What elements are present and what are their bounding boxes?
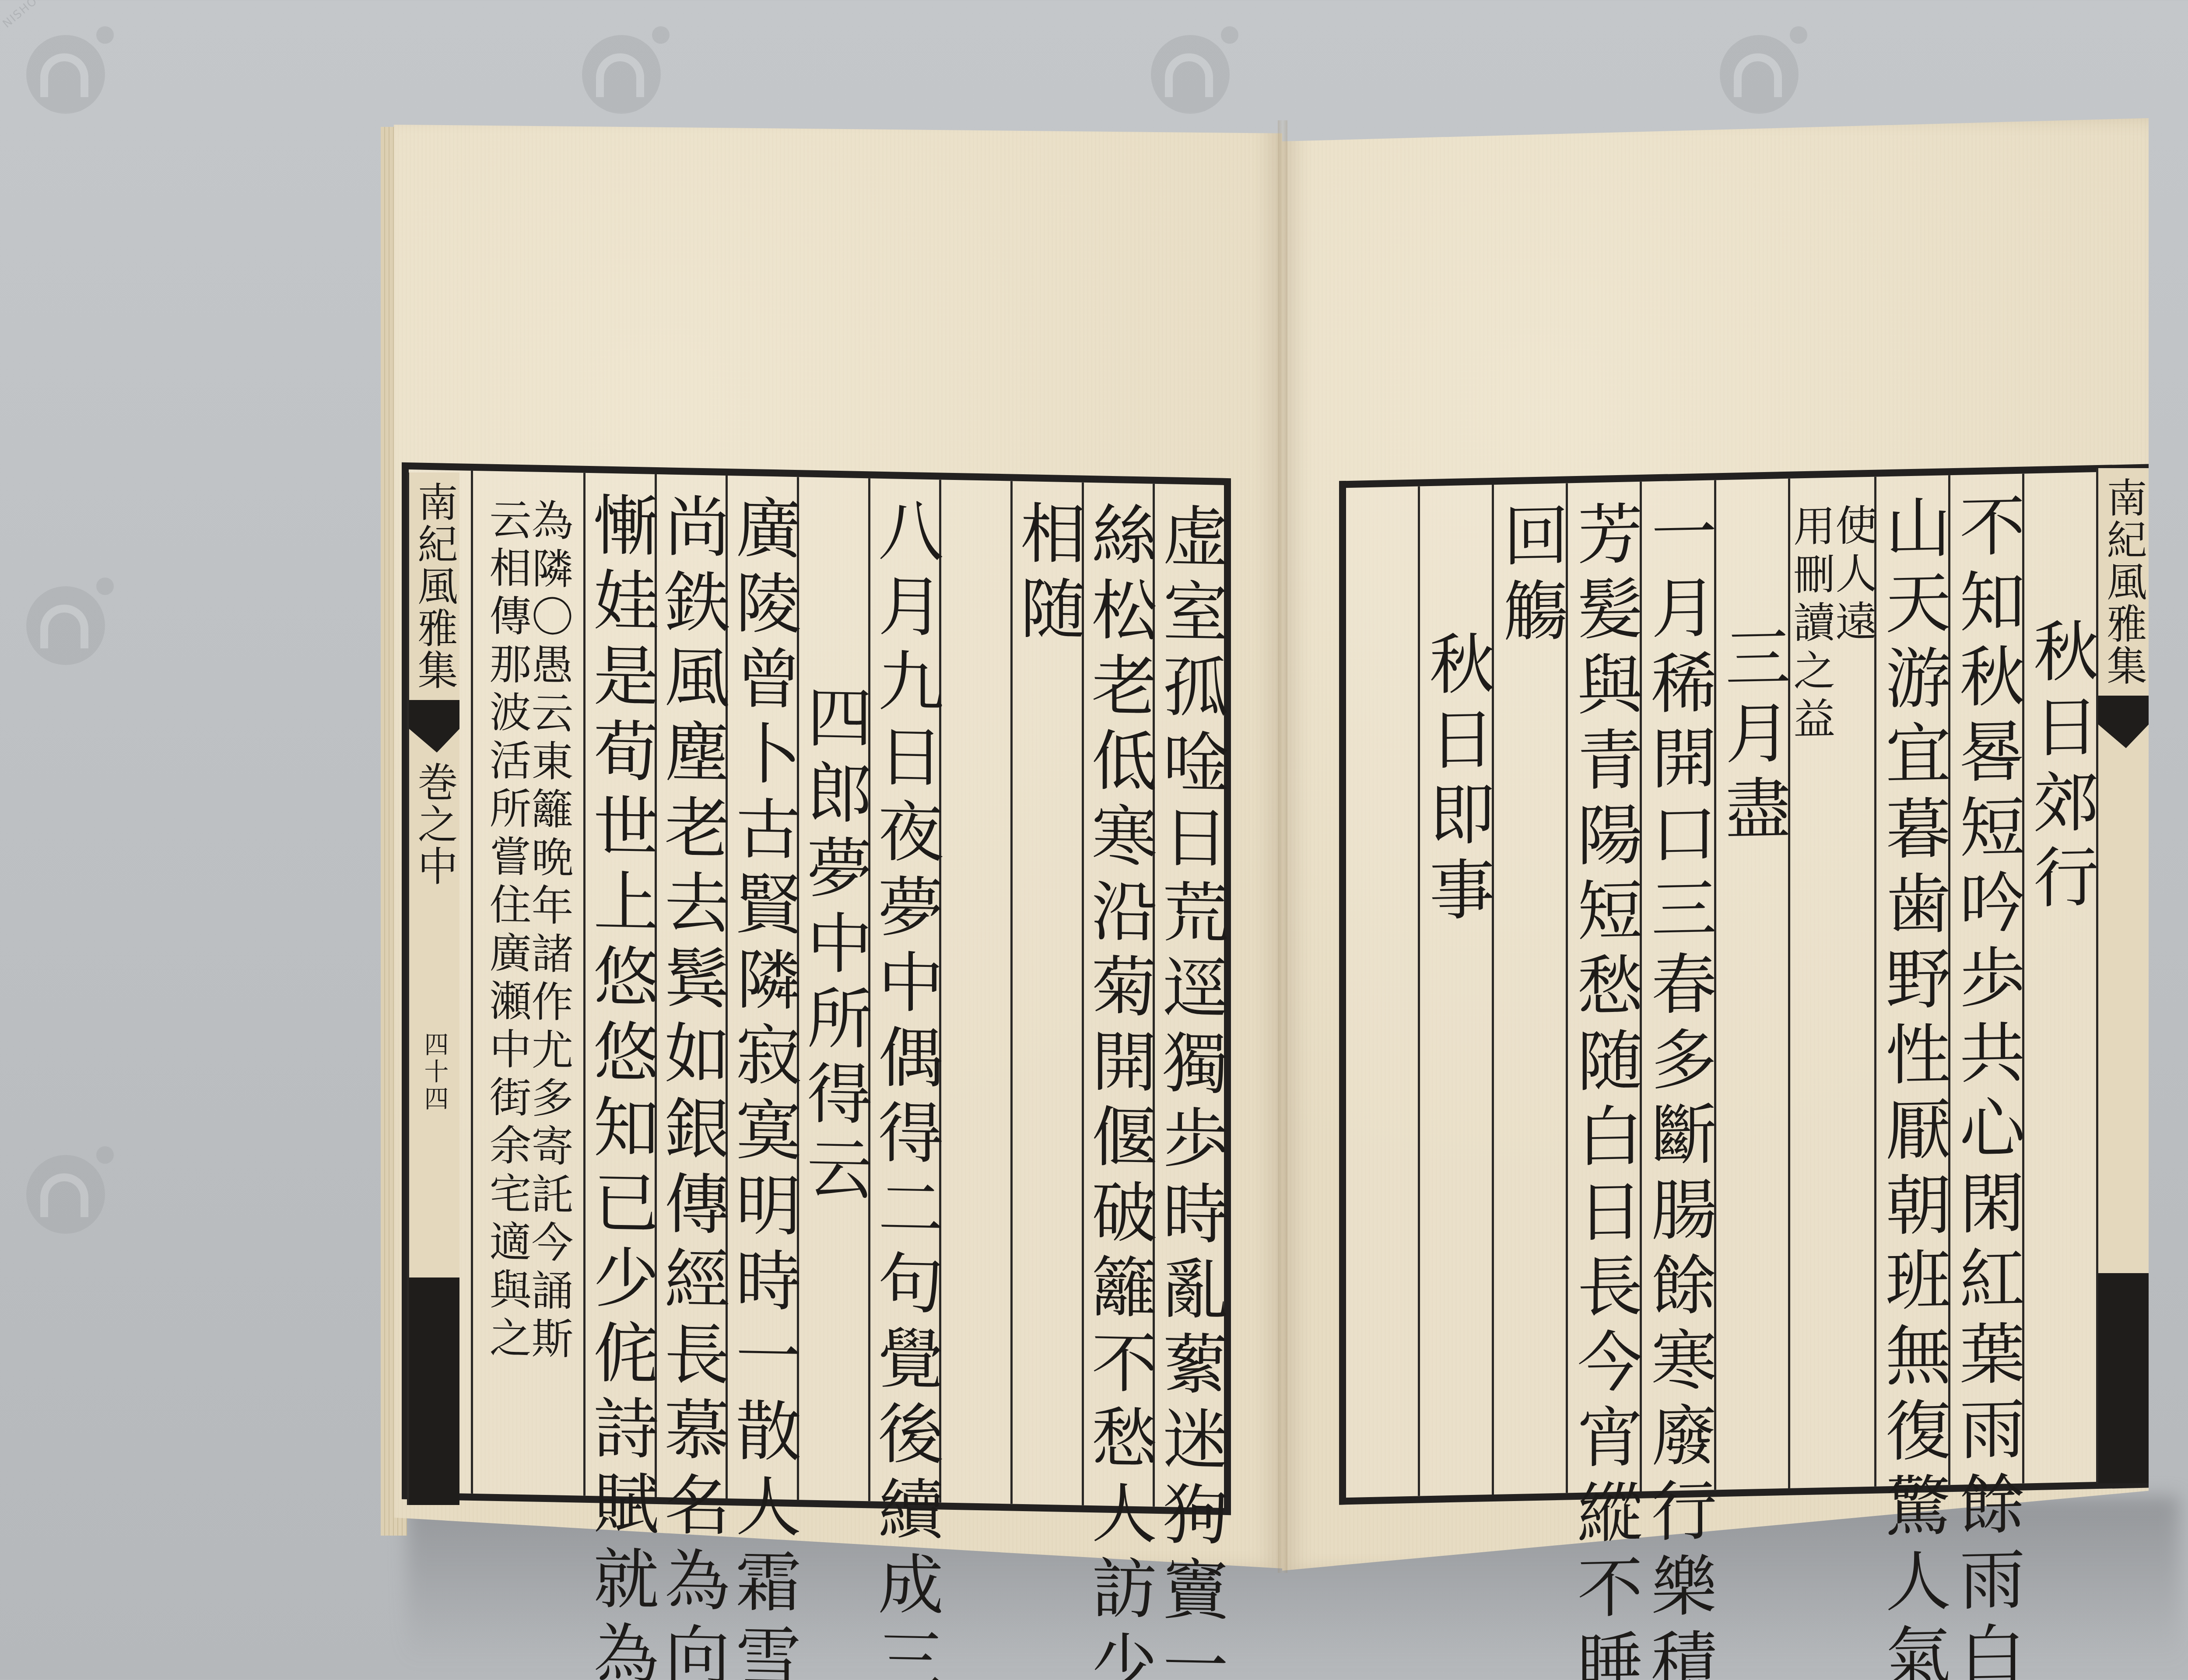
open-book: 虚室孤唫日荒逕獨歩時亂蕠迷狗竇一葉舞蛛 絲松老低寒沿菊開偃破籬不愁人訪少常有影 … [0,0,2188,1680]
text-column: 不知秋晷短吟歩共心閑紅葉雨餘雨白雲山外 [1948,474,2022,1485]
text-column-blank [939,479,1010,1504]
right-page-print-frame: 秋日郊行 不知秋晷短吟歩共心閑紅葉雨餘雨白雲山外 山天游宜暮歯野性厭朝班無復驚人… [1339,464,2149,1505]
book-title: 南紀風雅集 [406,481,463,691]
fishtail-mark-icon [409,700,459,752]
book-gutter [1278,120,1287,1573]
text-column-note: 云相傳那波活所嘗住廣瀬中街余宅適與之 為隣〇愚云東籬晩年諸作尤多寄託今誦斯 [471,471,583,1496]
text-column-blank [1346,486,1418,1498]
column-text: 慚娃是荀世上悠悠知已少侂詩賦就為誰陳自注 [587,473,653,1497]
page-number: 四十四 [417,1032,452,1113]
black-block-mark [409,1277,459,1505]
column-text: 一月稀開口三春多斷腸餘寒廢行樂積雨阻尋 [1645,480,1711,1491]
column-text: 絲松老低寒沿菊開偃破籬不愁人訪少常有影 [1086,483,1151,1507]
column-text: 為隣〇愚云東籬晩年諸作尤多寄託今誦斯 [528,472,570,1495]
text-column: 絲松老低寒沿菊開偃破籬不愁人訪少常有影 [1082,483,1153,1507]
column-text: 云相傳那波活所嘗住廣瀬中街余宅適與之 [486,471,528,1495]
column-text: 八月九日夜夢中偶得二句覺後續成三 [872,478,938,1502]
text-column: 回觴 [1492,483,1566,1495]
column-text: 虚室孤唫日荒逕獨歩時亂蕠迷狗竇一葉舞蛛 [1157,484,1222,1508]
text-column: 芳髪與青陽短愁随白日長今宵縱不睡能盡幾 [1566,482,1640,1493]
text-column: 慚娃是荀世上悠悠知已少侂詩賦就為誰陳自注 [583,473,655,1497]
column-text: 四郎夢中所得云 [801,477,866,1501]
fishtail-mark-icon [2098,696,2149,748]
column-text: 相随 [1014,481,1080,1505]
column-text: 用刪讀之益 [1790,478,1832,1488]
poem-title: 三月盡 [1719,479,1785,1490]
right-page-columns: 秋日郊行 不知秋晷短吟歩共心閑紅葉雨餘雨白雲山外 山天游宜暮歯野性厭朝班無復驚人… [1346,471,2149,1498]
poem-title: 秋日郊行 [2027,472,2093,1483]
text-column: 八月九日夜夢中偶得二句覺後續成三 [868,478,940,1502]
column-text: 尚鉄風塵老去鬂如銀傳經長慕名為向祭酒空 [659,474,724,1498]
column-text: 山天游宜暮歯野性厭朝班無復驚人氣詩成那 [1879,475,1945,1486]
column-text: 不知秋晷短吟歩共心閑紅葉雨餘雨白雲山外 [1953,474,2019,1485]
text-column: 三月盡 [1714,479,1788,1490]
black-block-mark [2098,1273,2149,1483]
left-hanshin-margin: 南紀風雅集 巻之中 四十四 [407,472,459,1505]
column-text: 回觴 [1497,483,1563,1494]
column-text: 使人遠 [1832,477,1874,1487]
poem-title: 秋日即事 [1423,485,1489,1496]
left-page-columns: 虚室孤唫日荒逕獨歩時亂蕠迷狗竇一葉舞蛛 絲松老低寒沿菊開偃破籬不愁人訪少常有影 … [409,469,1224,1508]
text-column: 虚室孤唫日荒逕獨歩時亂蕠迷狗竇一葉舞蛛 [1153,484,1224,1508]
text-column: 四郎夢中所得云 [797,477,868,1501]
right-hanshin-margin: 南紀風雅集 [2096,468,2149,1483]
column-text: 芳髪與青陽短愁随白日長今宵縱不睡能盡幾 [1571,482,1637,1493]
column-text: 廣陵曾卜古賢隣寂寞明時一散人霜雪寒來心 [729,476,795,1500]
book-title: 南紀風雅集 [2095,477,2153,687]
left-page-print-frame: 虚室孤唫日荒逕獨歩時亂蕠迷狗竇一葉舞蛛 絲松老低寒沿菊開偃破籬不愁人訪少常有影 … [402,462,1231,1515]
text-column: 相随 [1010,481,1082,1505]
text-column: 秋日即事 [1418,485,1492,1496]
volume-label: 巻之中 [406,761,463,887]
text-column: 尚鉄風塵老去鬂如銀傳經長慕名為向祭酒空 [655,474,726,1498]
text-column: 一月稀開口三春多斷腸餘寒廢行樂積雨阻尋 [1640,480,1714,1491]
text-column-note: 用刪讀之益 使人遠 [1788,477,1874,1488]
text-column: 廣陵曾卜古賢隣寂寞明時一散人霜雪寒來心 [726,476,797,1500]
text-column: 秋日郊行 [2022,472,2096,1484]
text-column: 山天游宜暮歯野性厭朝班無復驚人氣詩成那 [1874,475,1948,1487]
